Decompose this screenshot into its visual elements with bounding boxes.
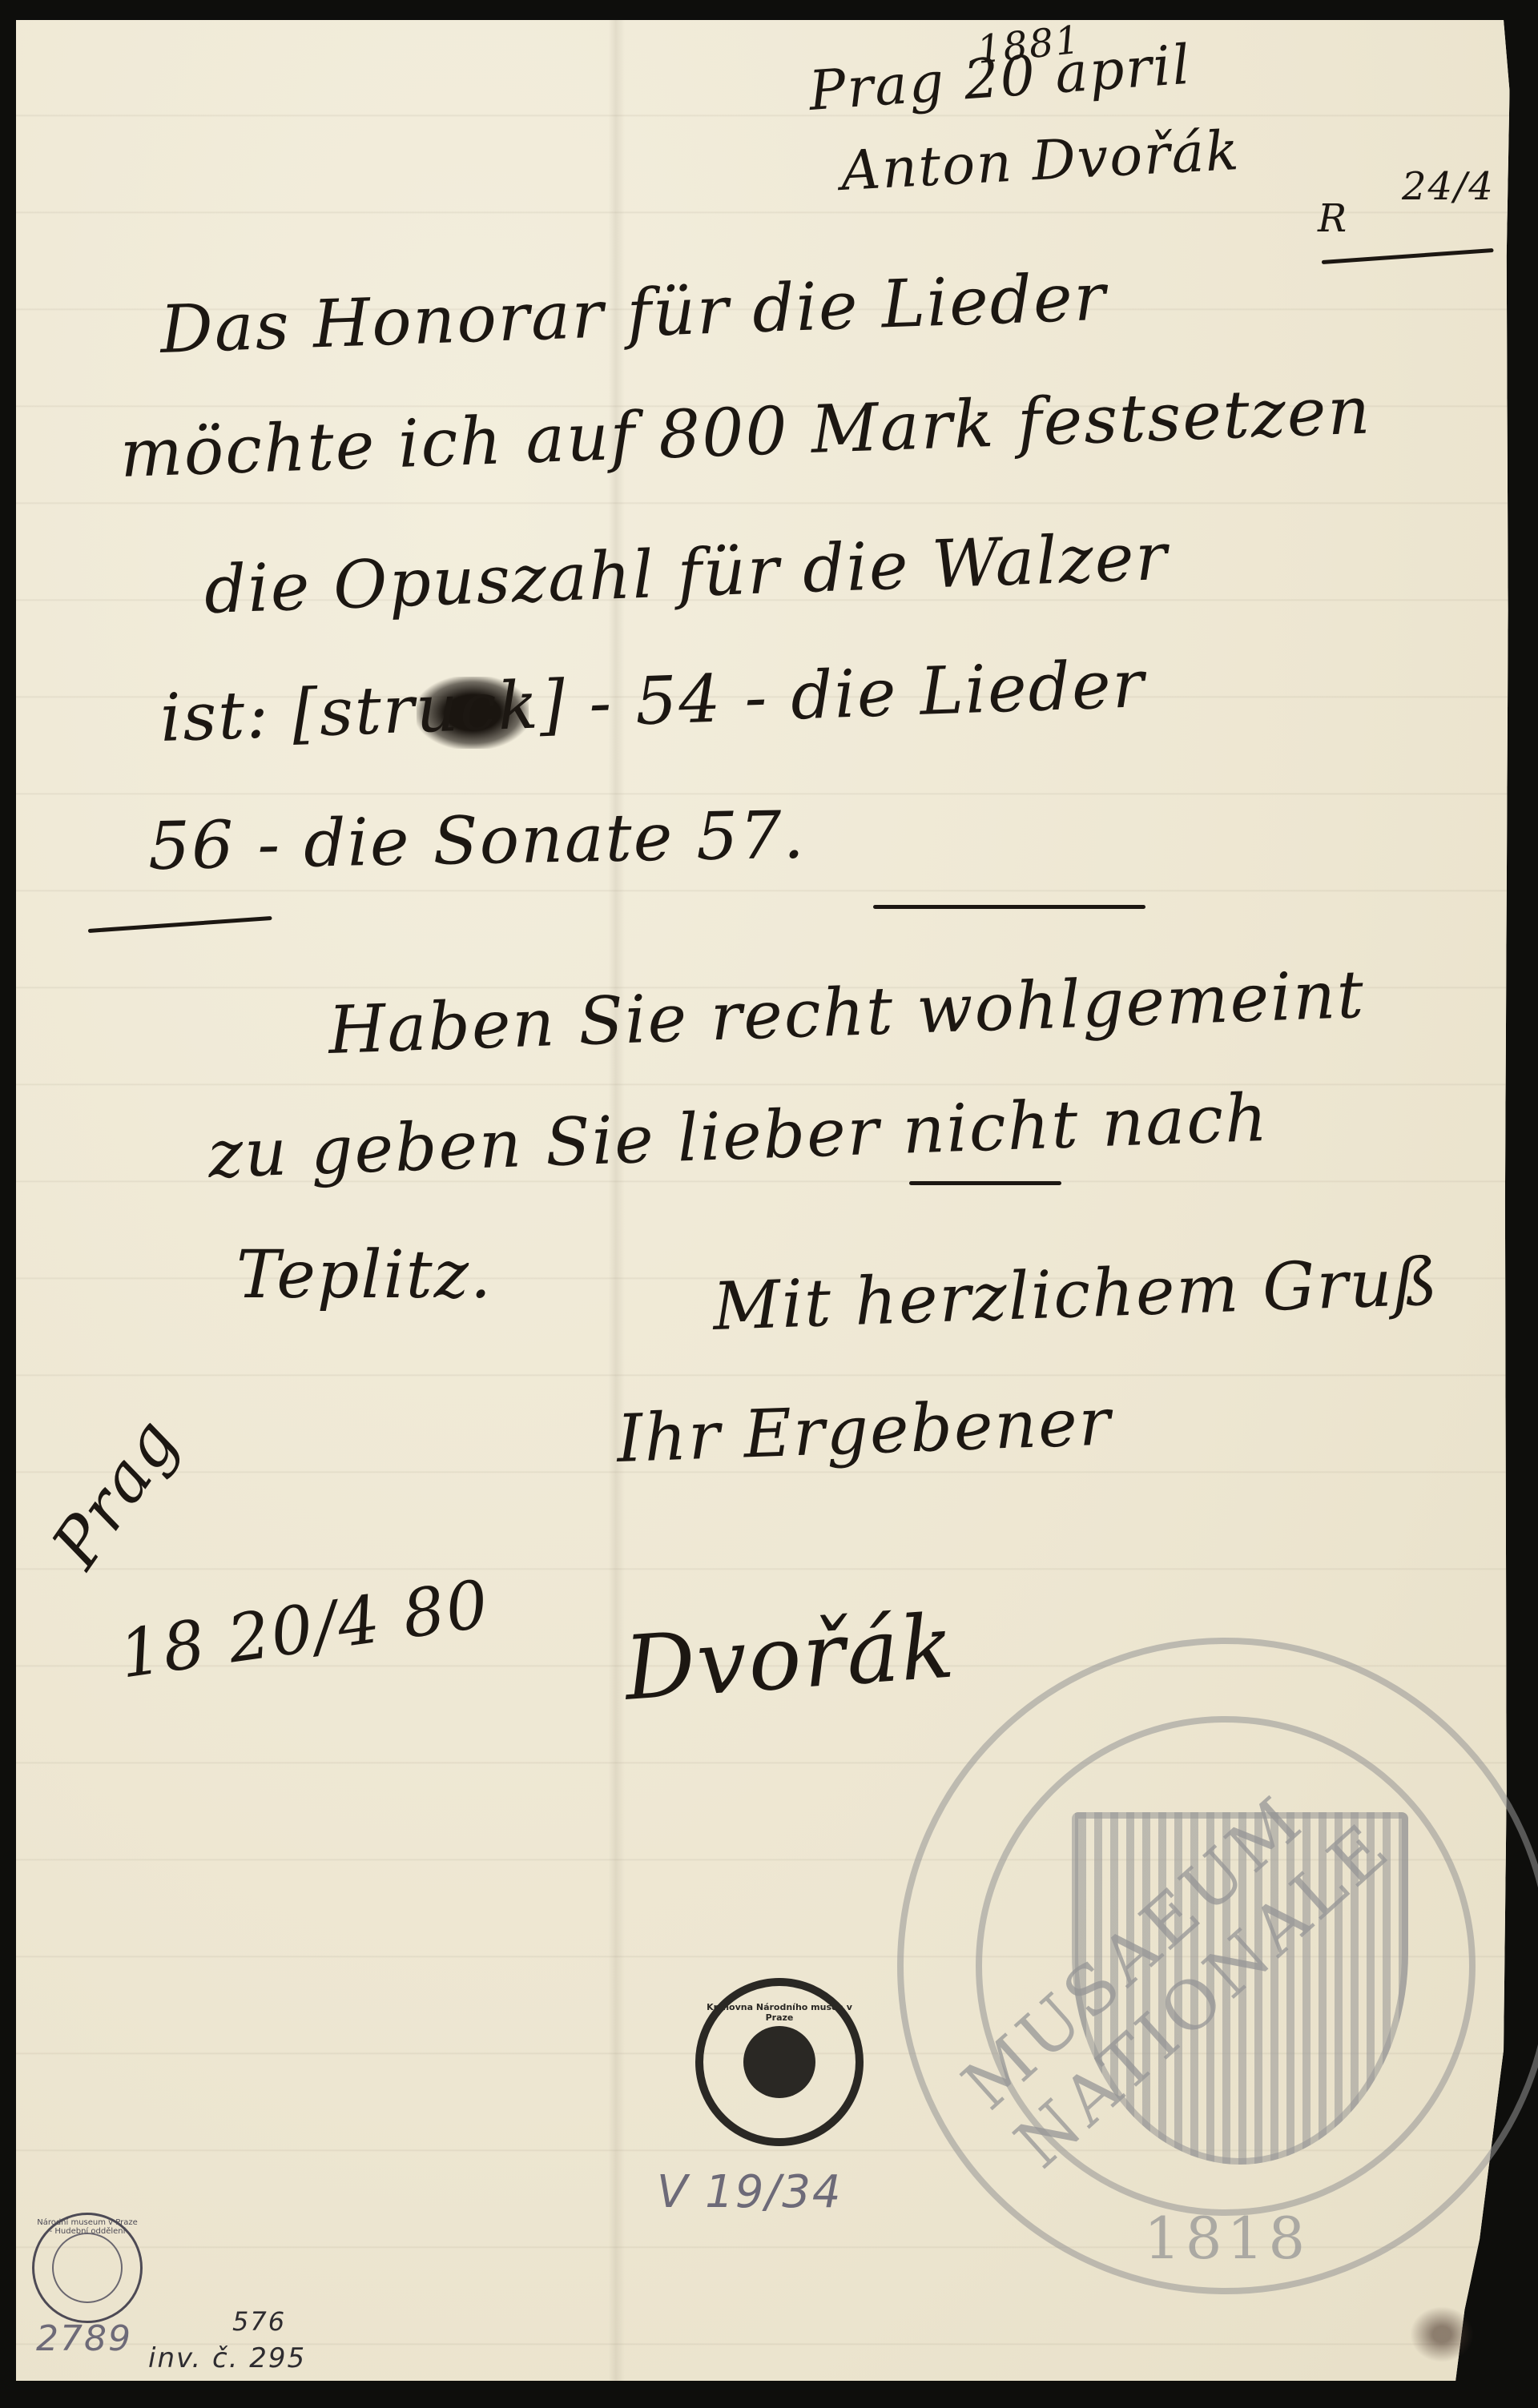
pencil-inventory: inv. č. 295 <box>148 2342 306 2374</box>
ink-stain <box>1410 2306 1474 2362</box>
underline-57 <box>873 905 1145 909</box>
library-stamp-text: Knihovna Národního musea v Praze <box>703 2002 856 2023</box>
museum-seal-year: 1818 <box>1144 2205 1310 2272</box>
music-department-stamp-text: Národní museum v Praze - Hudební oddělen… <box>34 2218 140 2236</box>
underline-nicht <box>909 1181 1061 1185</box>
header-ref-mark: R <box>1318 196 1348 241</box>
pencil-number: 2789 <box>36 2318 132 2359</box>
pencil-inventory-old: 576 <box>232 2306 286 2337</box>
museum-seal-stamp: MUSAEUM NATIONALE 1818 <box>897 1638 1538 2294</box>
letter-line-5: 56 - die Sonate 57. <box>147 798 806 885</box>
music-department-lion-icon <box>52 2233 123 2303</box>
header-ref-number: 24/4 <box>1402 164 1495 209</box>
letter-line-8: Teplitz. <box>236 1237 493 1313</box>
music-department-stamp: Národní museum v Praze - Hudební oddělen… <box>32 2213 143 2323</box>
library-stamp-emblem-icon <box>743 2026 815 2098</box>
pencil-shelfmark: V 19/34 <box>657 2166 843 2218</box>
library-stamp: Knihovna Národního musea v Praze <box>695 1978 864 2146</box>
